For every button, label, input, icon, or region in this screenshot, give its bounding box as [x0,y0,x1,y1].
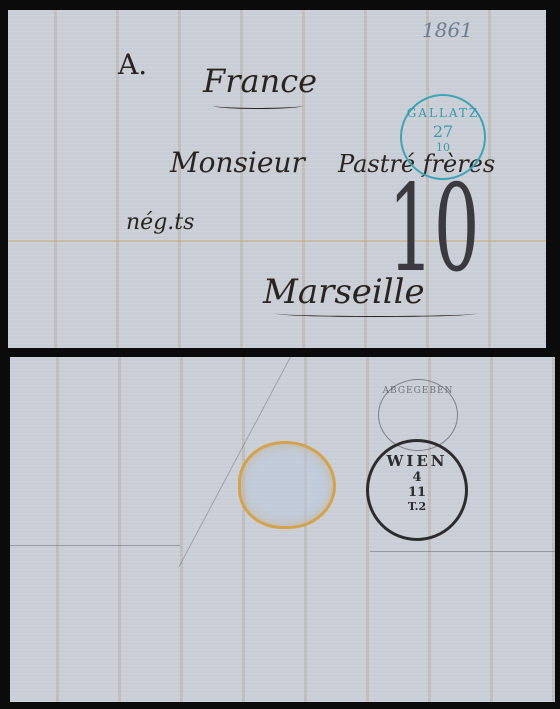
postmark-town: GALLATZ [402,106,484,120]
postmark-day: 4 [369,470,465,485]
cover-front: 1861 A. France Monsieur Pastré frères né… [8,10,546,348]
postmark-time: T.2 [369,500,465,513]
routing-underline [213,102,303,109]
addressee-title: nég.ts [126,210,194,235]
addressee-salutation: Monsieur [170,146,305,179]
postage-due-numeral: 10 [388,170,480,290]
fold-edge-left [10,545,180,546]
routing-instruction: France [203,62,317,100]
cover-back: ABGEGEBEN WIEN 4 11 T.2 [10,357,555,702]
postmark-town: WIEN [369,452,465,470]
postmark-month: 10 [402,141,484,154]
departure-postmark-gallatz: GALLATZ 27 10 [400,94,486,180]
mark-letter: A. [118,48,147,81]
wax-seal-remnant [238,441,336,529]
arrival-postmark-wien: WIEN 4 11 T.2 [366,439,468,541]
destination-underline [276,310,476,317]
postmark-day: 27 [402,122,484,141]
postmark-month: 11 [369,485,465,500]
pencil-year: 1861 [422,18,473,42]
fold-edge-right [370,551,555,552]
